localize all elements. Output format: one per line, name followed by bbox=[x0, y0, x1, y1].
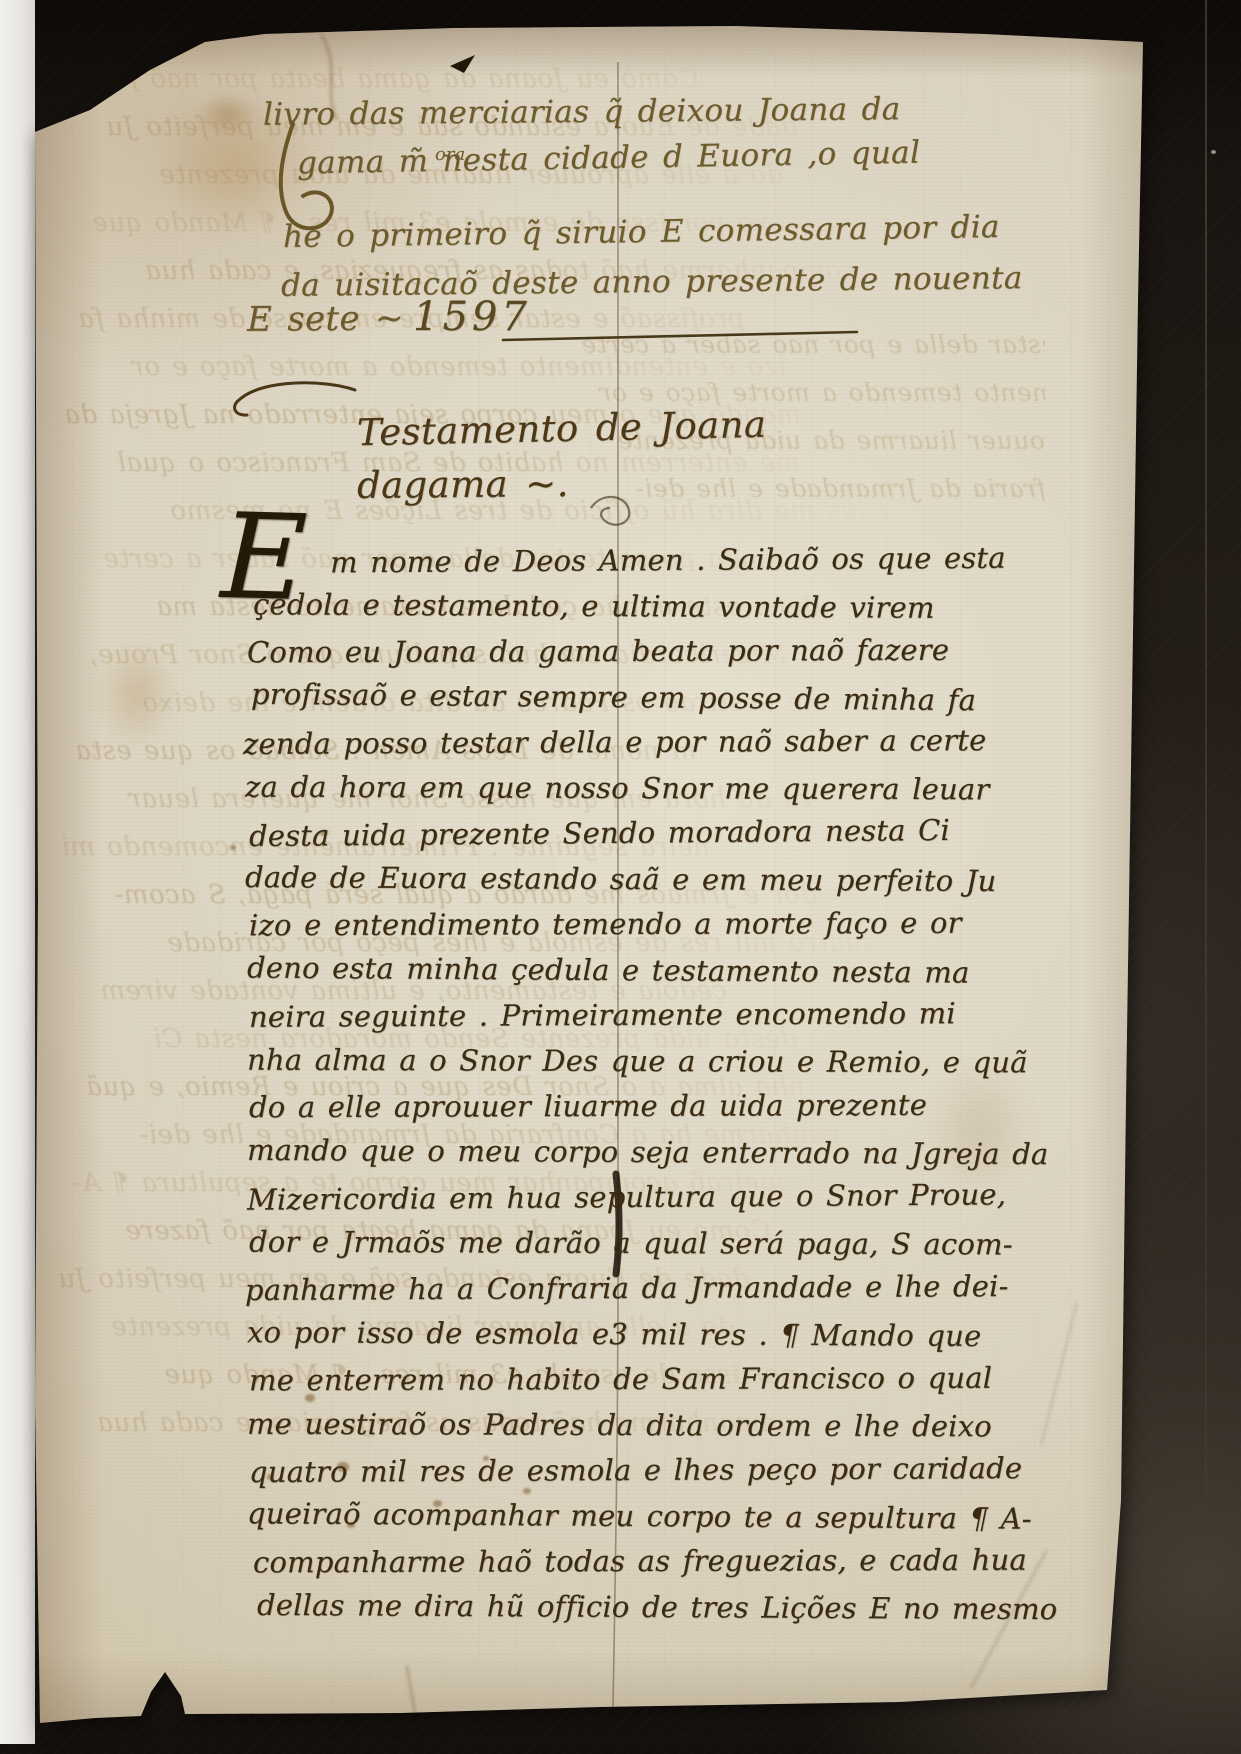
photograph-of-manuscript: Como eu Joana da gama beata por naõ faze… bbox=[0, 0, 1241, 1754]
bleedthrough-text: izo e entendimento temendo a morte faço … bbox=[599, 378, 1045, 407]
ink-speck bbox=[523, 1488, 531, 1494]
manuscript-line: dade de Euora estando saã e em meu perfe… bbox=[245, 862, 997, 896]
bleedthrough-text: izo e entendimento temendo a morte faço … bbox=[131, 352, 787, 382]
manuscript-line: desta uida prezente Sendo moradora nesta… bbox=[249, 815, 950, 852]
stain bbox=[81, 618, 193, 770]
left-mat-strip bbox=[0, 0, 35, 1744]
manuscript-line: çedola e testamento, e ultima vontade vi… bbox=[253, 589, 935, 623]
bleedthrough-text: zenda posso testar della e por naõ saber… bbox=[581, 330, 1045, 359]
manuscript-line: quatro mil res de esmola e lhes peço por… bbox=[249, 1453, 1022, 1487]
manuscript-line: do a elle aprouuer liuarme da uida preze… bbox=[249, 1090, 927, 1123]
dust-speck bbox=[1211, 150, 1216, 154]
manuscript-line: mando que o meu corpo seja enterrado na … bbox=[247, 1134, 1049, 1169]
manuscript-line: nha alma a o Snor Des que a criou e Remi… bbox=[247, 1044, 1028, 1077]
manuscript-line: profissaõ e estar sempre em posse de min… bbox=[251, 678, 976, 715]
manuscript-line: dellas me dira hũ officio de tres Lições… bbox=[257, 1589, 1058, 1624]
manuscript-line: queiraõ acompanhar meu corpo te a sepult… bbox=[247, 1498, 1032, 1534]
manuscript-line: za da hora em que nosso Snor me querera … bbox=[245, 771, 990, 804]
bleedthrough-text: Como eu Joana da gama beata por naõ faze… bbox=[53, 64, 699, 94]
header-line: E sete ~ . bbox=[247, 301, 430, 338]
manuscript-line: Como eu Joana da gama beata por naõ faze… bbox=[247, 635, 949, 668]
backdrop-seam bbox=[1205, 0, 1207, 1500]
ink-blot bbox=[450, 55, 475, 73]
pen-flourish bbox=[235, 383, 355, 415]
year-underline bbox=[503, 332, 857, 340]
ink-speck bbox=[127, 1726, 136, 1733]
manuscript-line: Mizericordia em hua sepultura que o Snor… bbox=[247, 1179, 1006, 1215]
manuscript-line: me enterrem no habito de Sam Francisco o… bbox=[249, 1363, 992, 1396]
header-line: he o primeiro q̃ siruio E comessara por … bbox=[283, 211, 1000, 254]
manuscript-line: m nome de Deos Amen . Saibaõ os que esta bbox=[330, 543, 1006, 578]
title-line: dagama ~. bbox=[357, 465, 569, 506]
manuscript-line: xo por isso de esmola e3 mil res . ¶ Man… bbox=[247, 1317, 982, 1351]
header-line: livro das merciarias q̃ deixou Joana da bbox=[263, 93, 901, 131]
manuscript-line: me uestiraõ os Padres da dita ordem e lh… bbox=[247, 1408, 992, 1441]
header-line: da uisitacaõ deste anno presente de noue… bbox=[281, 262, 1023, 302]
header-line: gama m̃ nesta cidade d Euora ,o qual bbox=[297, 137, 921, 180]
pen-doodle bbox=[591, 497, 629, 525]
manuscript-line: dor e Jrmaõs me darão a qual será paga, … bbox=[249, 1226, 1013, 1259]
manuscript-page: Como eu Joana da gama beata por naõ faze… bbox=[35, 26, 1145, 1723]
manuscript-line: companharme haõ todas as freguezias, e c… bbox=[253, 1545, 1027, 1578]
title-line: Testamento de Joana bbox=[357, 406, 767, 453]
manuscript-line: panharme ha a Confraria da Jrmandade e l… bbox=[245, 1271, 1009, 1305]
ink-speck bbox=[230, 845, 236, 850]
year-text: 1597 bbox=[413, 294, 531, 340]
stain bbox=[185, 84, 270, 146]
manuscript-line: izo e entendimento temendo a morte faço … bbox=[249, 908, 962, 941]
manuscript-line: neira seguinte . Primeiramente encomendo… bbox=[249, 998, 956, 1032]
superscript-abbreviation: ora bbox=[435, 146, 465, 165]
manuscript-line: zenda posso testar della e por naõ saber… bbox=[243, 725, 987, 759]
bleedthrough-text: panharme ha a Confraria da Jrmandade e l… bbox=[635, 474, 1045, 503]
manuscript-line: deno esta minha çedula e testamento nest… bbox=[247, 952, 970, 987]
